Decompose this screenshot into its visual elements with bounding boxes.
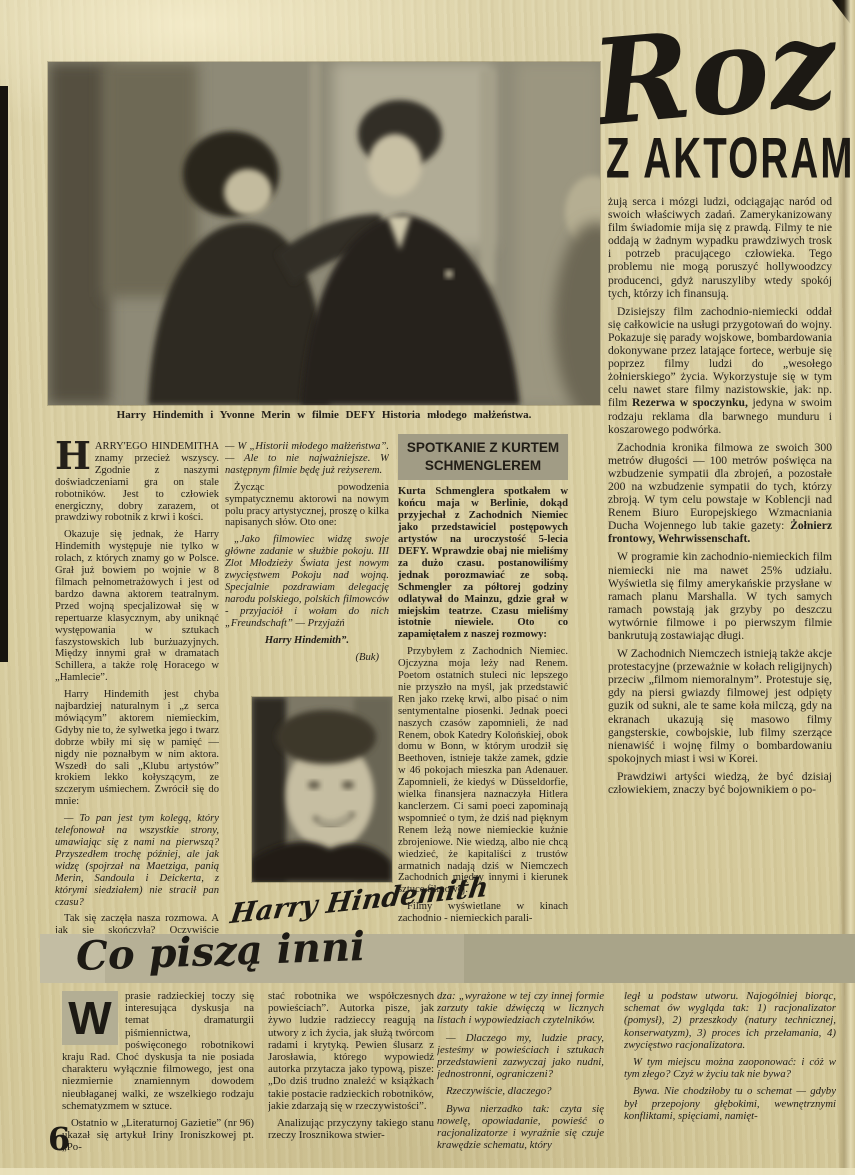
film-still-graphic [48, 62, 600, 405]
paragraph: Prawdziwi artyści wiedzą, że być dzisiaj… [608, 770, 832, 796]
masthead-sub-title: Z AKTORAM [606, 130, 855, 187]
page-number: 6 [48, 1120, 70, 1158]
bottom-column-2: stać robotnika we współczesnych powieści… [268, 990, 434, 1174]
caption-film-title: DEFY Historia młodego małżeństwa. [346, 409, 532, 421]
paragraph-text: Dzisiejszy film zachodnio-niemiecki odda… [608, 305, 832, 410]
masthead-script-title: Roz [587, 0, 855, 145]
paragraph: Przybyłem z Zachodnich Niemiec. Ojczyzna… [398, 646, 568, 896]
paragraph: żują serca i mózgi ludzi, odciągając nar… [608, 195, 832, 300]
paragraph-quote: W tym miejscu można zaoponować: i cóż w … [624, 1056, 836, 1080]
article-column-1: HARRY'EGO HINDEMITHA znamy przecież wszy… [55, 441, 219, 933]
paragraph: Zachodnia kronika filmowa ze swoich 300 … [608, 441, 832, 546]
paragraph-quote: — Dlaczego my, ludzie pracy, jesteśmy w … [437, 1032, 604, 1081]
paragraph: W programie kin zachodnio-niemieckich fi… [608, 550, 832, 642]
paragraph-quote: legł u podstaw utworu. Najogólniej biorą… [624, 990, 836, 1051]
bottom-column-4: legł u podstaw utworu. Najogólniej biorą… [624, 990, 836, 1174]
paragraph-quote: Bywa nierzadko tak: czyta się nowelę, op… [437, 1103, 604, 1152]
caption-text: Harry Hindemith i Yvonne Merin w filmie [117, 409, 339, 421]
paragraph: Okazuje się jednak, że Harry Hindemith w… [55, 529, 219, 684]
section-header-spotkanie: SPOTKANIE Z KURTEM SCHMENGLEREM [398, 434, 568, 480]
photo-caption: Harry Hindemith i Yvonne Merin w filmie … [48, 409, 600, 421]
portrait-graphic [252, 697, 392, 882]
bottom-column-1: Wprasie radzieckiej toczy się interesują… [62, 990, 254, 1174]
photo-portrait-schmengler [252, 697, 392, 882]
article-column-2: — W „Historii młodego małżeństwa”. — Ale… [225, 441, 389, 693]
paragraph: Harry Hindemith jest chyba najbardziej n… [55, 689, 219, 808]
dropcap-w-box: W [62, 991, 118, 1045]
paragraph-quote: — W „Historii młodego małżeństwa”. — Ale… [225, 441, 389, 477]
paragraph-quote: Bywa. Nie chodziłoby tu o schemat — gdyb… [624, 1085, 836, 1122]
paragraph: Wprasie radzieckiej toczy się interesują… [62, 990, 254, 1112]
paragraph: Ostatnio w „Literaturnoj Gazietie” (nr 9… [62, 1117, 254, 1154]
paragraph-quote: dza: „wyrażone w tej czy innej formie za… [437, 990, 604, 1027]
paragraph: Dzisiejszy film zachodnio-niemiecki odda… [608, 305, 832, 436]
article-column-3: SPOTKANIE Z KURTEM SCHMENGLEREM Kurta Sc… [398, 434, 568, 936]
paragraph: Analizując przyczyny takiego stanu rzecz… [268, 1117, 434, 1141]
paragraph: Życząc powodzenia sympatycznemu aktorowi… [225, 482, 389, 530]
paragraph-quote: Rzeczywiście, dlaczego? [437, 1085, 604, 1097]
paragraph-quote: „Jako filmowiec widzę swoje główne zadan… [225, 534, 389, 629]
paragraph-lead: Kurta Schmenglera spotkałem w końcu maja… [398, 486, 568, 641]
paragraph-quote: — To pan jest tym kolegą, który telefono… [55, 813, 219, 908]
bottom-column-3: dza: „wyrażone w tej czy innej formie za… [437, 990, 604, 1174]
paragraph: W Zachodnich Niemczech istnieją także ak… [608, 647, 832, 765]
paragraph: Filmy wyświetlane w kinach zachodnio - n… [398, 901, 568, 925]
paragraph: stać robotnika we współczesnych powieści… [268, 990, 434, 1112]
author-byline: (Buk) [225, 652, 389, 664]
dropcap-h: H [55, 441, 95, 471]
paragraph: HARRY'EGO HINDEMITHA znamy przecież wszy… [55, 441, 219, 524]
dropcap-w: W [68, 995, 111, 1041]
magazine-page: Roz Z AKTORAM [0, 0, 855, 1175]
quote-signature-line: Harry Hindemith”. [225, 635, 389, 647]
film-title-bold: Rezerwa w spoczynku, [632, 396, 748, 409]
article-column-4: żują serca i mózgi ludzi, odciągając nar… [608, 195, 832, 935]
photo-film-still [48, 62, 600, 405]
scan-left-edge-bar [0, 86, 8, 662]
